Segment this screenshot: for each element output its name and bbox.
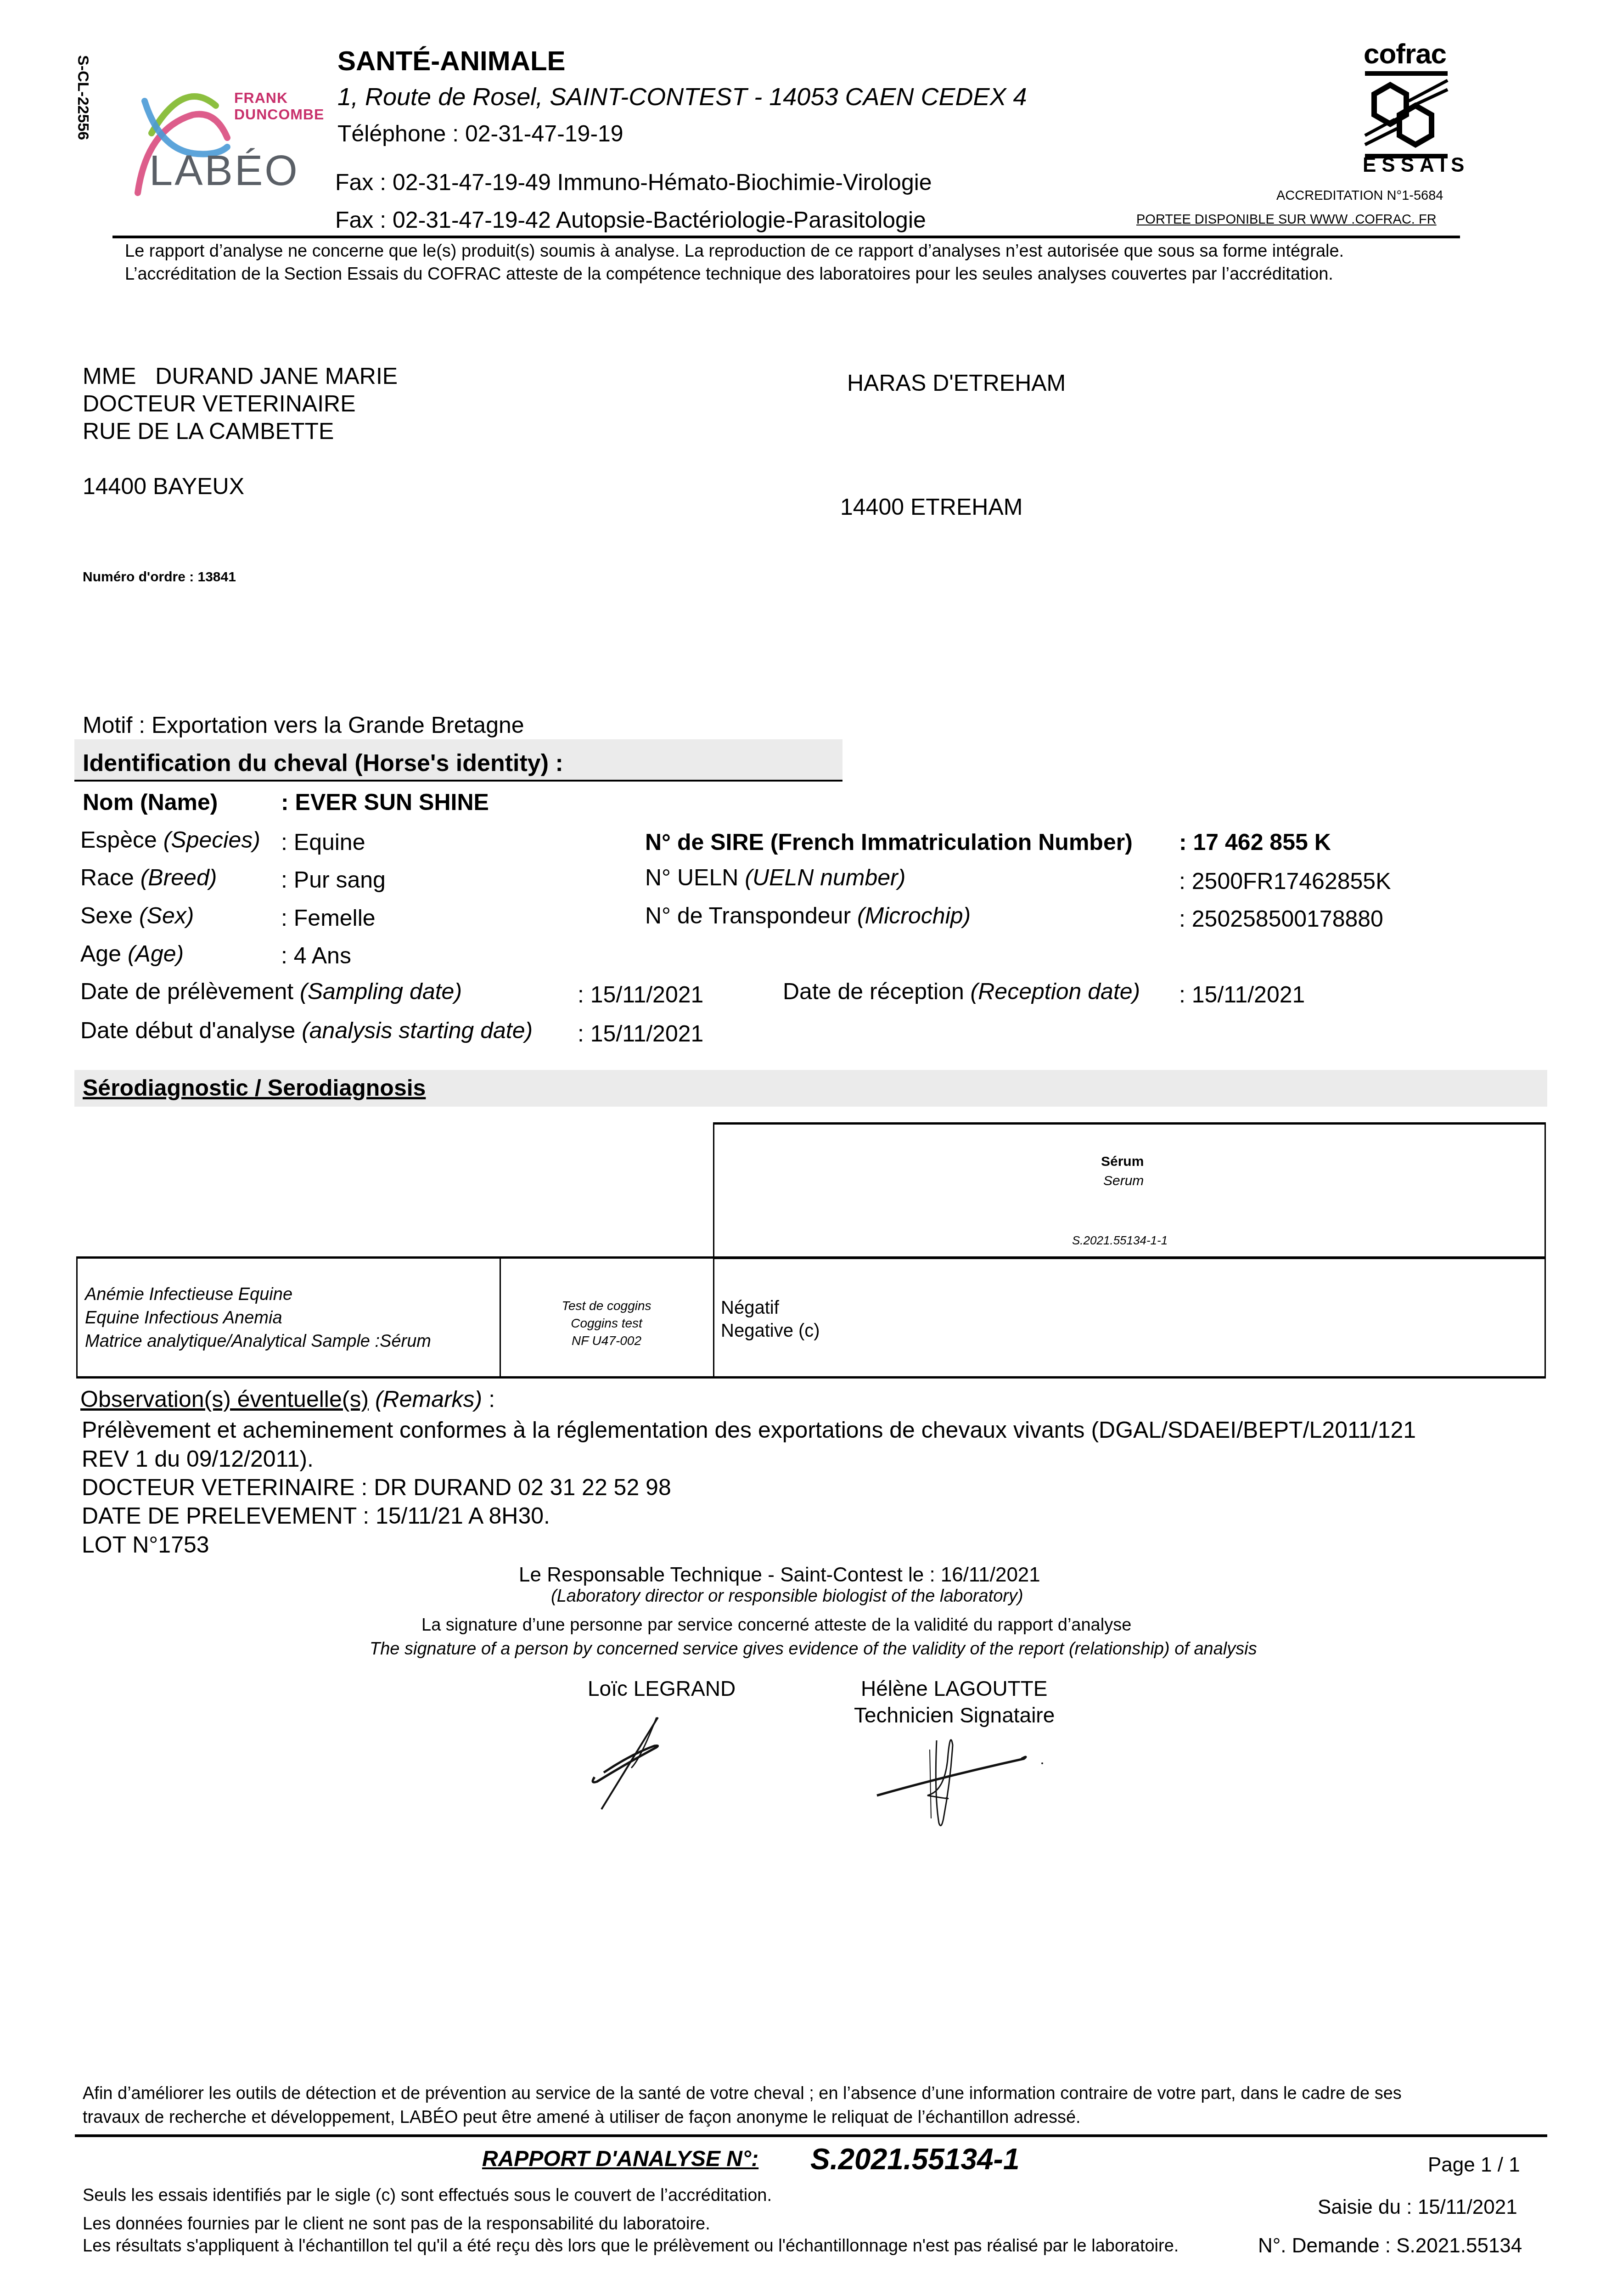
remark-line: Prélèvement et acheminement conformes à … (82, 1417, 1416, 1443)
analysis-start-value: : 15/11/2021 (578, 1020, 703, 1047)
lab-fax-2: Fax : 02-31-47-19-42 Autopsie-Bactériolo… (335, 207, 926, 233)
motif: Motif : Exportation vers la Grande Breta… (83, 712, 524, 738)
owner-city: 14400 ETREHAM (840, 494, 1022, 520)
reception-date-label-en: (Reception date) (971, 979, 1140, 1004)
cofrac-wordmark: cofrac (1364, 38, 1446, 70)
method-standard: NF U47-002 (500, 1334, 713, 1348)
transponder-label-fr: N° de Transpondeur (645, 903, 851, 929)
sampling-date-label-en: (Sampling date) (300, 979, 462, 1004)
age-label: Age (Age) (80, 940, 184, 967)
age-label-fr: Age (80, 941, 121, 967)
vet-city: 14400 BAYEUX (83, 473, 244, 500)
sample-id: S.2021.55134-1-1 (1072, 1233, 1168, 1248)
footer-results-note: Les résultats s'appliquent à l'échantill… (83, 2236, 1179, 2256)
breed-label-fr: Race (80, 865, 134, 890)
logo-brand-line2: DUNCOMBE (234, 106, 324, 123)
method-fr: Test de coggins (500, 1299, 713, 1313)
ueln-label-en: (UELN number) (745, 865, 905, 890)
sampling-date-value: : 15/11/2021 (578, 981, 703, 1008)
lab-telephone: Téléphone : 02-31-47-19-19 (337, 120, 623, 147)
analysis-matrix: Matrice analytique/Analytical Sample :Sé… (85, 1332, 431, 1351)
species-label-en: (Species) (163, 827, 260, 853)
reception-date-label-fr: Date de réception (783, 979, 964, 1004)
lab-fax-1: Fax : 02-31-47-19-49 Immuno-Hémato-Bioch… (335, 169, 932, 196)
header-divider (112, 236, 1460, 238)
signature-1-icon (576, 1704, 714, 1818)
sire-label: N° de SIRE (French Immatriculation Numbe… (645, 829, 1133, 855)
reception-date-label: Date de réception (Reception date) (783, 978, 1140, 1005)
page-number: Page 1 / 1 (1428, 2154, 1520, 2177)
vet-street: RUE DE LA CAMBETTE (83, 418, 334, 445)
footer-client-data-note: Les données fournies par le client ne so… (83, 2214, 710, 2234)
remark-line: DOCTEUR VETERINAIRE : DR DURAND 02 31 22… (82, 1474, 671, 1501)
owner-name: HARAS D'ETREHAM (847, 370, 1066, 396)
footer-note-line-2: travaux de recherche et développement, L… (83, 2108, 1081, 2127)
identification-title: Identification du cheval (Horse's identi… (83, 749, 563, 777)
serodiagnosis-title: Sérodiagnostic / Serodiagnosis (83, 1075, 426, 1101)
breed-label-en: (Breed) (140, 865, 217, 890)
remarks-title-fr: Observation(s) éventuelle(s) (80, 1386, 369, 1412)
sire-value: : 17 462 855 K (1179, 829, 1331, 855)
signer-2-role: Technicien Signataire (854, 1703, 1055, 1728)
sample-type-fr: Sérum (1101, 1154, 1144, 1170)
signature-2-icon (872, 1727, 1047, 1837)
remarks-title: Observation(s) éventuelle(s) (Remarks) : (80, 1386, 495, 1412)
ueln-label-fr: N° UELN (645, 865, 738, 890)
cofrac-essais-icon (1363, 71, 1450, 158)
report-number-label: RAPPORT D'ANALYSE N°: (482, 2146, 758, 2172)
remark-line: REV 1 du 09/12/2011). (82, 1446, 314, 1472)
transponder-label-en: (Microchip) (857, 903, 971, 929)
method-en: Coggins test (500, 1316, 713, 1331)
lab-title: SANTÉ-ANIMALE (337, 45, 566, 77)
footer-note-line-1: Afin d’améliorer les outils de détection… (83, 2084, 1402, 2104)
table-divider (713, 1256, 714, 1376)
analysis-name-en: Equine Infectious Anemia (85, 1308, 282, 1328)
logo-name: LABÉO (149, 147, 299, 195)
transponder-label: N° de Transpondeur (Microchip) (645, 902, 971, 929)
name-value: : EVER SUN SHINE (281, 789, 489, 816)
sex-value: : Femelle (281, 905, 376, 931)
ueln-label: N° UELN (UELN number) (645, 864, 905, 891)
lab-address: 1, Route de Rosel, SAINT-CONTEST - 14053… (337, 83, 1027, 111)
sampling-date-label: Date de prélèvement (Sampling date) (80, 978, 462, 1005)
remarks-title-en: (Remarks) (375, 1386, 482, 1412)
responsible-statement-en: (Laboratory director or responsible biol… (551, 1587, 1023, 1606)
responsible-statement: Le Responsable Technique - Saint-Contest… (519, 1564, 1040, 1587)
entry-date: Saisie du : 15/11/2021 (1318, 2196, 1517, 2219)
disclaimer-line-1: Le rapport d’analyse ne concerne que le(… (125, 242, 1344, 261)
breed-label: Race (Breed) (80, 864, 217, 891)
logo-brand-text: FRANK DUNCOMBE (234, 90, 324, 123)
remark-line: LOT N°1753 (82, 1531, 209, 1558)
analysis-name-fr: Anémie Infectieuse Equine (85, 1285, 292, 1305)
age-label-en: (Age) (128, 941, 184, 967)
result-en: Negative (c) (721, 1321, 820, 1341)
accreditation-number: ACCREDITATION N°1-5684 (1276, 188, 1443, 203)
transponder-value: : 250258500178880 (1179, 906, 1383, 932)
logo-brand-line1: FRANK (234, 90, 324, 106)
footer-accreditation-note: Seuls les essais identifiés par le sigle… (83, 2186, 772, 2206)
breed-value: : Pur sang (281, 867, 386, 893)
sex-label-en: (Sex) (139, 903, 194, 929)
report-number: S.2021.55134-1 (810, 2142, 1020, 2176)
remarks-title-suffix: : (482, 1386, 495, 1412)
analysis-start-label-en: (analysis starting date) (302, 1018, 533, 1043)
name-label: Nom (Name) (83, 789, 218, 816)
analysis-start-label-fr: Date début d'analyse (80, 1018, 295, 1043)
signer-1-name: Loïc LEGRAND (588, 1676, 736, 1701)
table-row (76, 1256, 1546, 1379)
cofrac-essais-label: ESSAIS (1363, 154, 1470, 177)
species-label: Espèce (Species) (80, 827, 260, 853)
analysis-start-label: Date début d'analyse (analysis starting … (80, 1017, 533, 1044)
remark-line: DATE DE PRELEVEMENT : 15/11/21 A 8H30. (82, 1503, 550, 1529)
cofrac-scope-link[interactable]: PORTEE DISPONIBLE SUR WWW .COFRAC. FR (1136, 212, 1437, 227)
order-number: Numéro d'ordre : 13841 (83, 569, 236, 585)
vet-title: DOCTEUR VETERINAIRE (83, 390, 356, 417)
vet-name: MME DURAND JANE MARIE (83, 363, 398, 389)
ueln-value: : 2500FR17462855K (1179, 868, 1391, 895)
footer-divider (75, 2134, 1547, 2137)
sex-label-fr: Sexe (80, 903, 133, 929)
reception-date-value: : 15/11/2021 (1179, 981, 1305, 1008)
sampling-date-label-fr: Date de prélèvement (80, 979, 293, 1004)
species-value: : Equine (281, 829, 365, 855)
disclaimer-line-2: L’accréditation de la Section Essais du … (125, 264, 1333, 284)
signature-validity-fr: La signature d’une personne par service … (421, 1615, 1131, 1635)
document-code: S-CL-22556 (74, 55, 92, 140)
age-value: : 4 Ans (281, 942, 351, 969)
signer-2-name: Hélène LAGOUTTE (861, 1676, 1047, 1701)
sex-label: Sexe (Sex) (80, 902, 194, 929)
sample-type-en: Serum (1103, 1173, 1144, 1189)
signature-validity-en: The signature of a person by concerned s… (370, 1639, 1257, 1659)
request-number: N°. Demande : S.2021.55134 (1258, 2234, 1522, 2257)
species-label-fr: Espèce (80, 827, 157, 853)
result-fr: Négatif (721, 1298, 779, 1318)
